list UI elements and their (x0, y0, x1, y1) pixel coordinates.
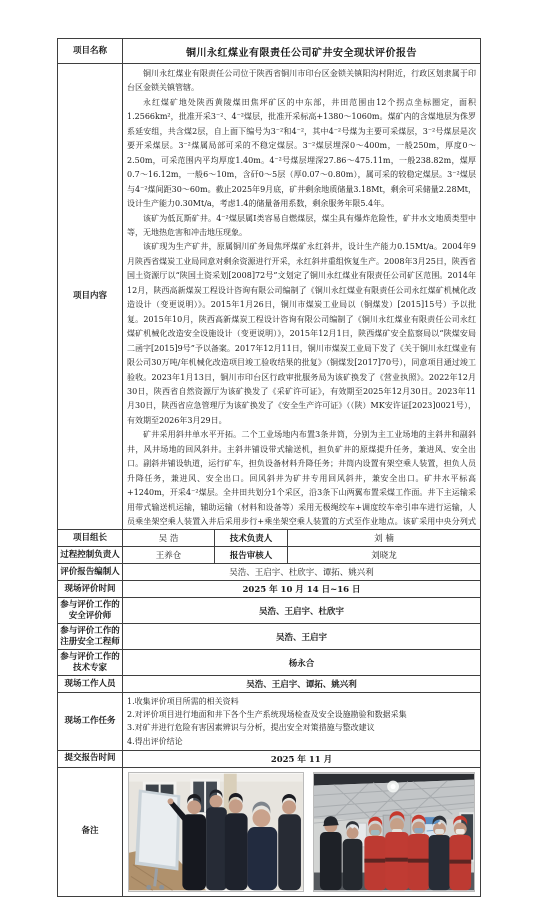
tech-experts-label: 参与评价工作的技术专家 (58, 650, 122, 675)
report-reviewer-value: 刘晓龙 (287, 547, 480, 563)
row-project-name: 项目名称 铜川永红煤业有限责任公司矿井安全现状评价报告 (58, 39, 480, 63)
task-item: 1.收集评价项目所需的相关资料 (127, 695, 476, 708)
row-leaders: 项目组长 吴 浩 技术负责人 刘 楠 (58, 529, 480, 546)
project-name-label: 项目名称 (58, 39, 122, 63)
process-control-value: 王养仓 (122, 547, 214, 563)
submit-time-label: 提交报告时间 (58, 751, 122, 767)
remark-photos (122, 768, 480, 896)
content-paragraph: 铜川永红煤业有限责任公司位于陕西省铜川市印台区金锁关镇阳沟村附近，行政区划隶属于… (127, 67, 476, 96)
team-leader-label: 项目组长 (58, 530, 122, 546)
tech-experts-value: 杨永合 (122, 650, 480, 675)
safety-evaluators-label: 参与评价工作的安全评价师 (58, 598, 122, 623)
row-eval-time: 现场评价时间 2025 年 10 月 14 日~16 日 (58, 580, 480, 597)
team-leader-value: 吴 浩 (122, 530, 214, 546)
tech-lead-label: 技术负责人 (214, 530, 287, 546)
report-reviewer-label: 报告审核人 (214, 547, 287, 563)
row-safety-evaluators: 参与评价工作的安全评价师 吴浩、王启宇、杜欣宇 (58, 597, 480, 623)
task-item: 3.对矿井进行危险有害因素辨识与分析，提出安全对策措施与整改建议 (127, 721, 476, 734)
row-report-writers: 评价报告编制人 吴浩、王启宇、杜欣宇、谭拓、姚兴利 (58, 563, 480, 580)
content-paragraph: 永红煤矿地处陕西黄陵煤田焦坪矿区的中东部，井田范围由12个拐点坐标圈定，面积1.… (127, 96, 476, 212)
registered-engineers-label: 参与评价工作的注册安全工程师 (58, 624, 122, 649)
content-paragraph: 矿井采用斜井单水平开拓。二个工业场地内布置3条井筒，分别为主工业场地的主斜井和副… (127, 428, 476, 529)
task-item: 4.得出评价结论 (127, 735, 476, 748)
row-tech-experts: 参与评价工作的技术专家 杨永合 (58, 649, 480, 675)
submit-time-value: 2025 年 11 月 (122, 751, 480, 767)
eval-time-label: 现场评价时间 (58, 581, 122, 597)
site-staff-label: 现场工作人员 (58, 676, 122, 692)
site-tasks-label: 现场工作任务 (58, 693, 122, 750)
remark-label: 备注 (58, 768, 122, 896)
registered-engineers-value: 吴浩、王启宇 (122, 624, 480, 649)
report-writers-value: 吴浩、王启宇、杜欣宇、谭拓、姚兴利 (122, 564, 480, 580)
project-content-label: 项目内容 (58, 64, 122, 529)
process-control-label: 过程控制负责人 (58, 547, 122, 563)
row-submit-time: 提交报告时间 2025 年 11 月 (58, 750, 480, 767)
row-registered-engineers: 参与评价工作的注册安全工程师 吴浩、王启宇 (58, 623, 480, 649)
row-project-content: 项目内容 铜川永红煤业有限责任公司位于陕西省铜川市印台区金锁关镇阳沟村附近，行政… (58, 63, 480, 529)
row-remark: 备注 (58, 767, 480, 896)
project-name-value: 铜川永红煤业有限责任公司矿井安全现状评价报告 (122, 39, 480, 63)
task-item: 2.对评价项目进行地面和井下各个生产系统现场检查及安全设施勘验和数据采集 (127, 708, 476, 721)
miners-group-photo (313, 772, 475, 892)
site-staff-value: 吴浩、王启宇、谭拓、姚兴利 (122, 676, 480, 692)
site-tasks-list: 1.收集评价项目所需的相关资料 2.对评价项目进行地面和井下各个生产系统现场检查… (122, 693, 480, 750)
content-paragraph: 该矿现为生产矿井，原属铜川矿务局焦坪煤矿永红斜井，设计生产能力0.15Mt/a。… (127, 240, 476, 428)
project-content-text: 铜川永红煤业有限责任公司位于陕西省铜川市印台区金锁关镇阳沟村附近，行政区划隶属于… (122, 64, 480, 529)
project-info-table: 项目名称 铜川永红煤业有限责任公司矿井安全现状评价报告 项目内容 铜川永红煤业有… (57, 38, 481, 897)
meeting-room-board-review-photo (128, 772, 304, 892)
content-paragraph: 该矿为低瓦斯矿井。4⁻²煤层属Ⅰ类容易自燃煤层，煤尘具有爆炸危险性，矿井水文地质… (127, 212, 476, 241)
eval-time-value: 2025 年 10 月 14 日~16 日 (122, 581, 480, 597)
row-site-staff: 现场工作人员 吴浩、王启宇、谭拓、姚兴利 (58, 675, 480, 692)
safety-evaluators-value: 吴浩、王启宇、杜欣宇 (122, 598, 480, 623)
report-writers-label: 评价报告编制人 (58, 564, 122, 580)
tech-lead-value: 刘 楠 (287, 530, 480, 546)
row-process-control: 过程控制负责人 王养仓 报告审核人 刘晓龙 (58, 546, 480, 563)
row-site-tasks: 现场工作任务 1.收集评价项目所需的相关资料 2.对评价项目进行地面和井下各个生… (58, 692, 480, 750)
